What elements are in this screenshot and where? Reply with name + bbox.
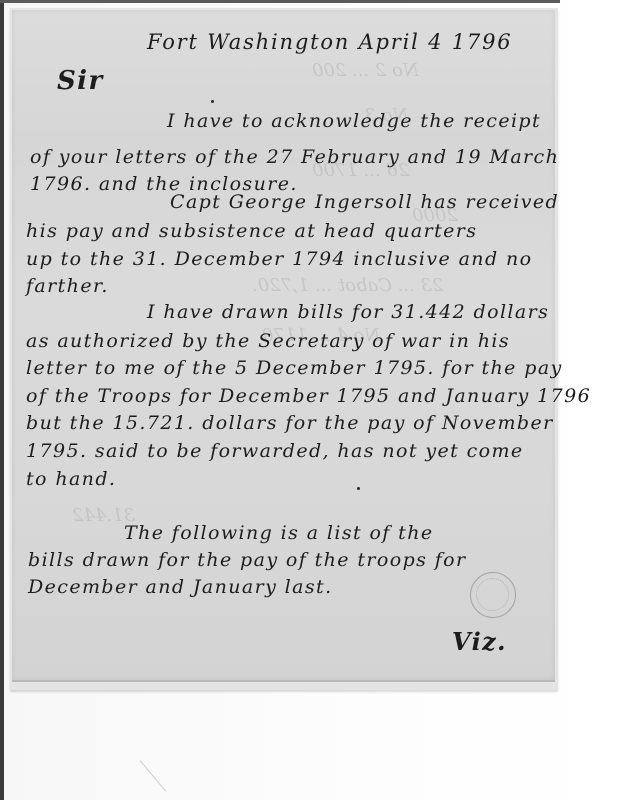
letter-line: of the Troops for December 1795 and Janu… xyxy=(26,387,591,406)
ink-dot xyxy=(211,100,214,103)
scan-top-edge xyxy=(0,0,560,3)
closing-viz: Viz. xyxy=(452,630,507,654)
letter-line: of your letters of the 27 February and 1… xyxy=(30,148,559,167)
scan-left-edge xyxy=(0,0,4,800)
letter-line: farther. xyxy=(26,277,109,296)
letter-line: bills drawn for the pay of the troops fo… xyxy=(28,551,466,570)
letter-heading: Fort Washington April 4 1796 xyxy=(147,32,512,53)
ink-dot xyxy=(357,487,360,490)
bleed-through-text: 23 ... Cabot ... 1,720. xyxy=(252,275,443,296)
letter-line: I have drawn bills for 31.442 dollars xyxy=(147,303,549,322)
letter-line: I have to acknowledge the receipt xyxy=(167,112,541,131)
letter-line: as authorized by the Secretary of war in… xyxy=(26,332,510,351)
stray-mark xyxy=(140,760,166,791)
salutation: Sir xyxy=(57,68,104,94)
letter-line: up to the 31. December 1794 inclusive an… xyxy=(26,250,532,269)
bleed-through-text: No 2 ... 200 xyxy=(312,60,419,81)
letter-line: December and January last. xyxy=(28,578,333,597)
letter-line: his pay and subsistence at head quarters xyxy=(26,222,477,241)
archive-stamp xyxy=(470,572,516,618)
letter-line: Capt George Ingersoll has received xyxy=(170,193,559,212)
scanned-document: No 2 ... 200 No 3 ... 26 ... 1700 2000 2… xyxy=(0,0,618,800)
letter-line: but the 15.721. dollars for the pay of N… xyxy=(26,414,554,433)
letter-line: The following is a list of the xyxy=(124,524,433,543)
letter-line: letter to me of the 5 December 1795. for… xyxy=(26,359,563,378)
letter-line: 1795. said to be forwarded, has not yet … xyxy=(26,442,524,461)
letter-line: to hand. xyxy=(26,470,116,489)
